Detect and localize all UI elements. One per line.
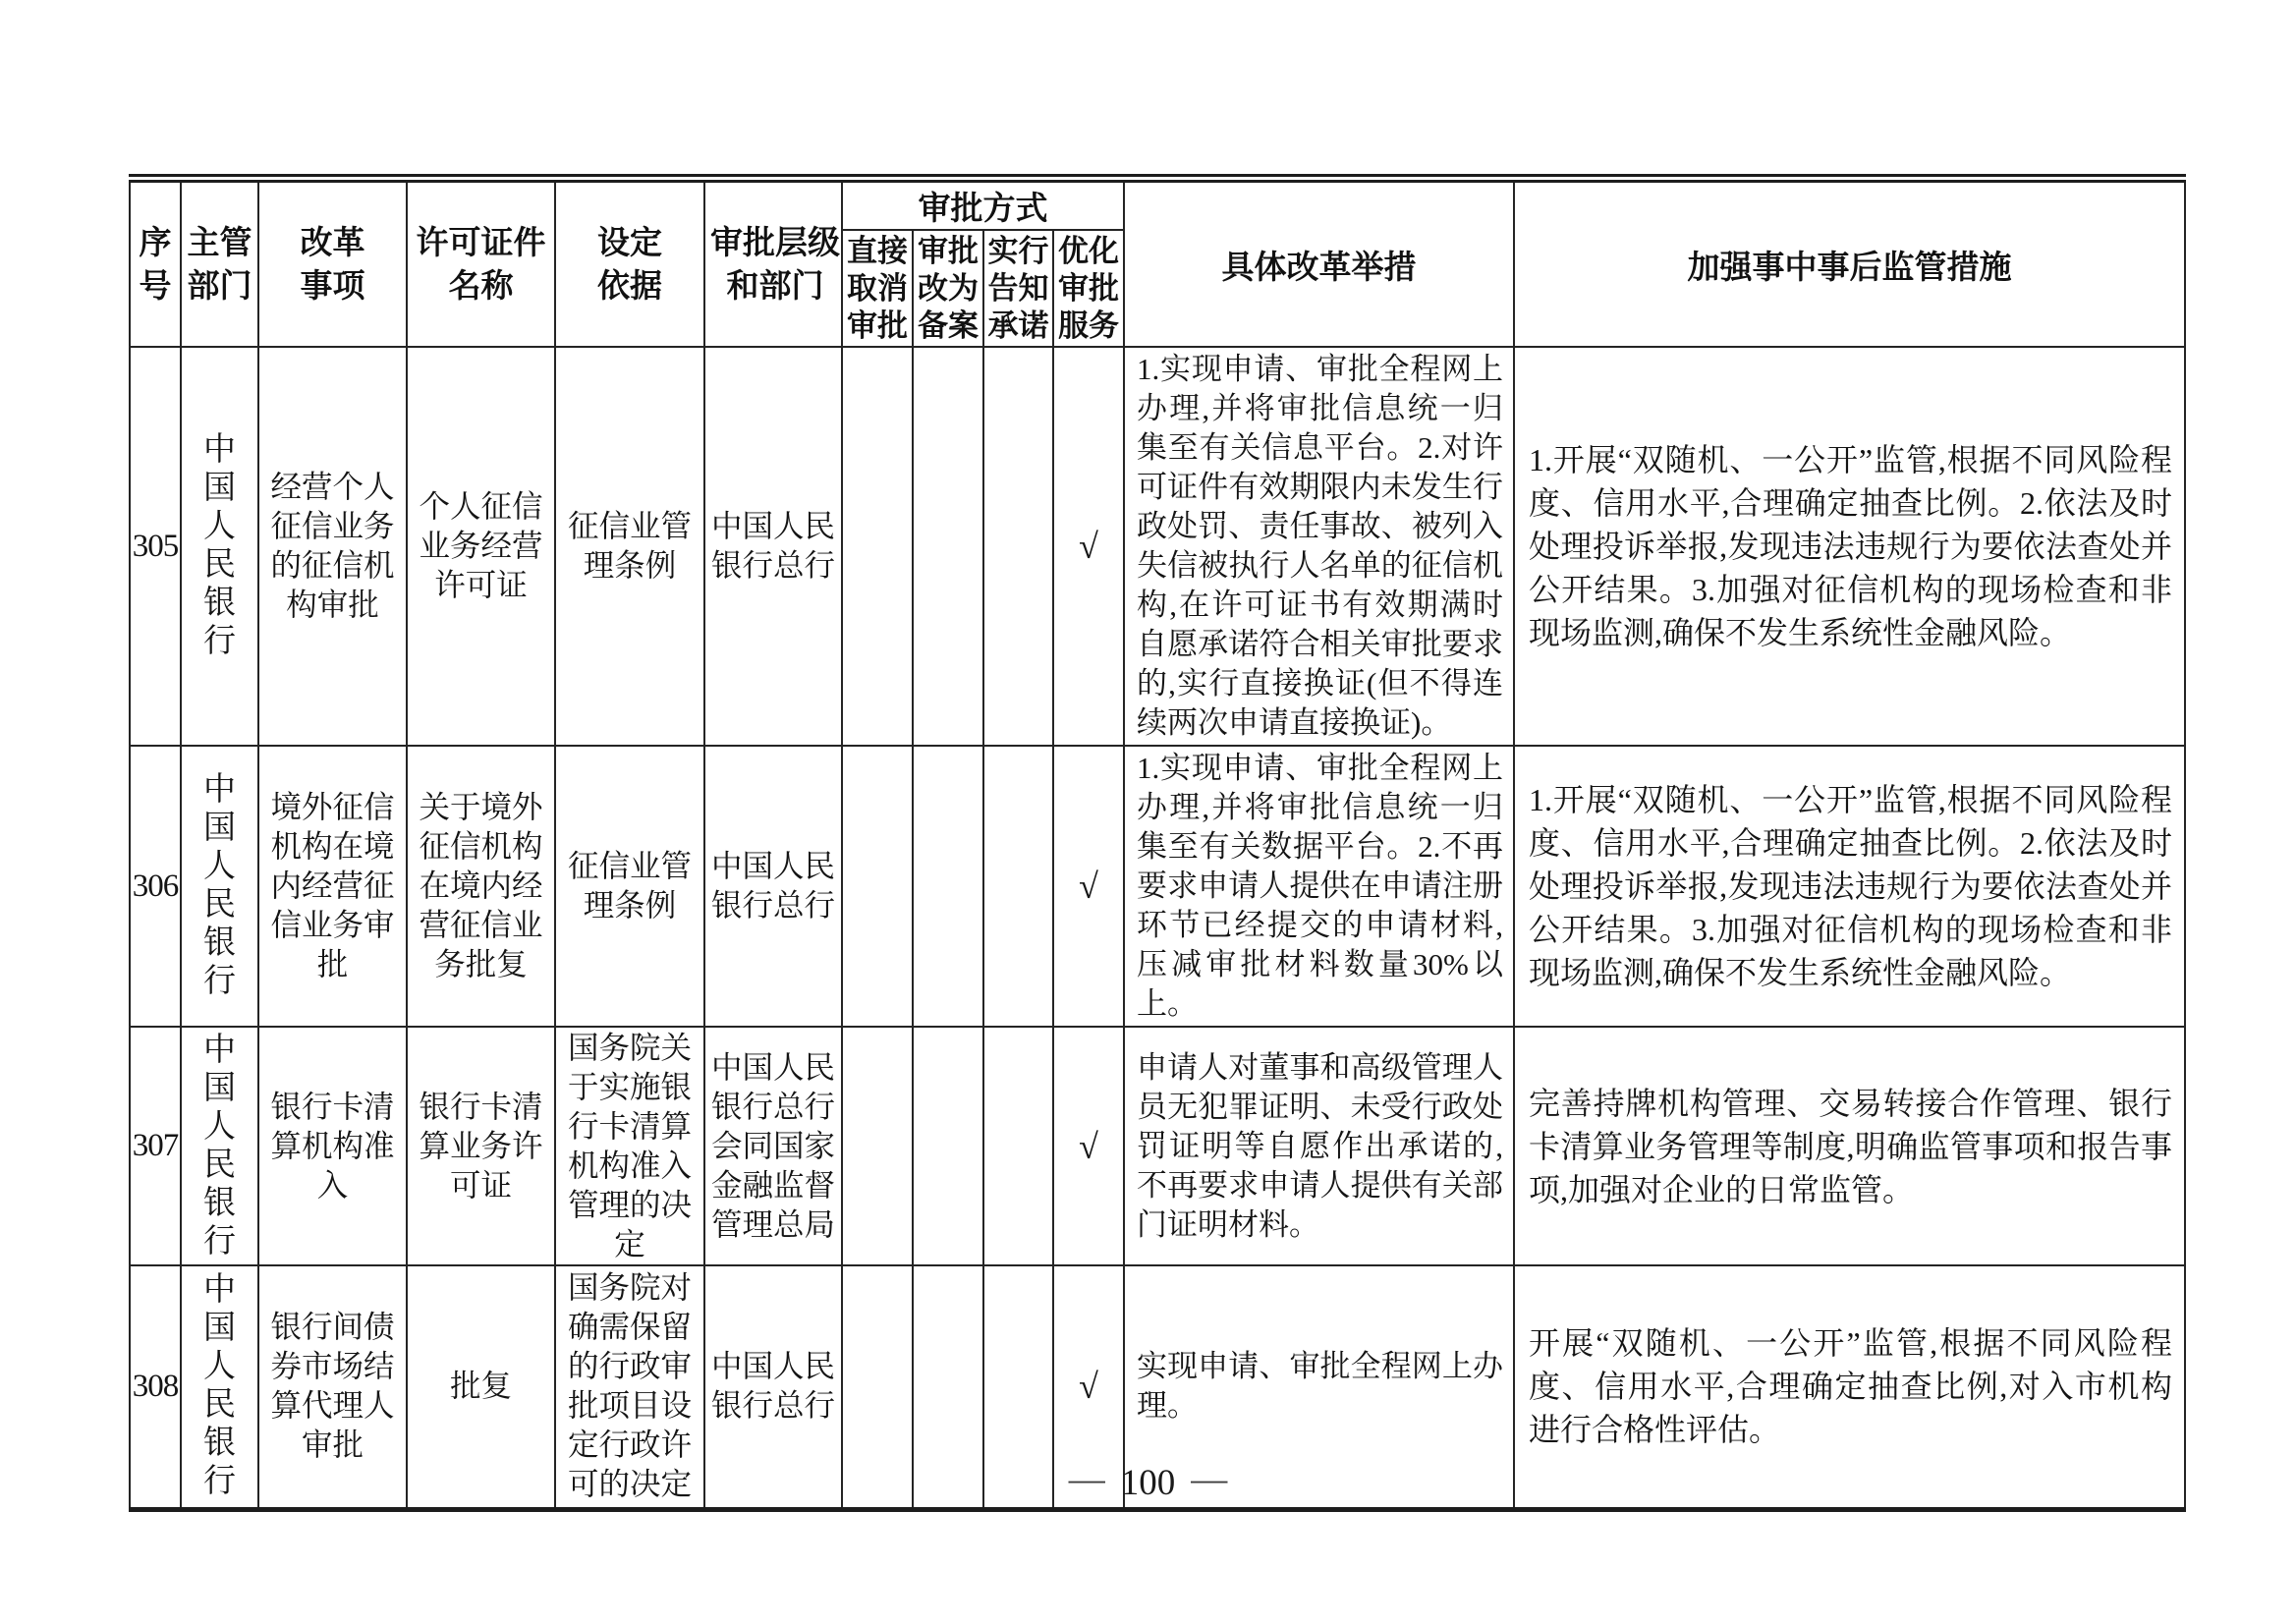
page-number: 100 xyxy=(1121,1463,1176,1503)
cell-basis: 国务院关于实施银行卡清算机构准入管理的决定 xyxy=(555,1027,704,1265)
col-header-method-cancel: 直接取消审批 xyxy=(842,230,913,347)
cell-supervision-measures: 完善持牌机构管理、交易转接合作管理、银行卡清算业务管理等制度,明确监管事项和报告… xyxy=(1514,1027,2185,1265)
cell-method-notify xyxy=(983,1027,1053,1265)
cell-seq: 306 xyxy=(130,746,181,1027)
col-header-supervision-measures: 加强事中事后监管措施 xyxy=(1514,179,2185,348)
document-page: 序号 主管部门 改革事项 许可证件名称 设定依据 审批层级和部门 审批方式 具体… xyxy=(0,0,2296,1624)
col-header-method-record: 审批改为备案 xyxy=(913,230,983,347)
cell-supervision-measures: 1.开展“双随机、一公开”监管,根据不同风险程度、信用水平,合理确定抽查比例。2… xyxy=(1514,746,2185,1027)
col-header-seq: 序号 xyxy=(130,179,181,348)
cell-seq: 307 xyxy=(130,1027,181,1265)
cell-method-optimize-checkmark: √ xyxy=(1053,746,1124,1027)
col-header-approval-method-group: 审批方式 xyxy=(842,179,1124,231)
col-header-dept: 主管部门 xyxy=(181,179,258,348)
col-header-license-name: 许可证件名称 xyxy=(407,179,555,348)
table-header: 序号 主管部门 改革事项 许可证件名称 设定依据 审批层级和部门 审批方式 具体… xyxy=(130,179,2185,348)
cell-basis: 征信业管理条例 xyxy=(555,347,704,746)
cell-license-name: 关于境外征信机构在境内经营征信业务批复 xyxy=(407,746,555,1027)
cell-license-name: 银行卡清算业务许可证 xyxy=(407,1027,555,1265)
cell-method-cancel xyxy=(842,746,913,1027)
cell-method-record xyxy=(913,746,983,1027)
cell-method-notify xyxy=(983,746,1053,1027)
col-header-method-notify: 实行告知承诺 xyxy=(983,230,1053,347)
footer-right-dash: — xyxy=(1191,1459,1227,1499)
cell-reform-item: 银行卡清算机构准入 xyxy=(258,1027,407,1265)
col-header-reform-measures: 具体改革举措 xyxy=(1124,179,1514,348)
cell-dept: 中国人民银行 xyxy=(181,1027,258,1265)
col-header-basis: 设定依据 xyxy=(555,179,704,348)
cell-method-cancel xyxy=(842,1027,913,1265)
cell-method-optimize-checkmark: √ xyxy=(1053,1027,1124,1265)
cell-approval-level: 中国人民银行总行会同国家金融监督管理总局 xyxy=(704,1027,842,1265)
cell-dept: 中国人民银行 xyxy=(181,746,258,1027)
footer-left-dash: — xyxy=(1069,1459,1105,1499)
cell-dept: 中国人民银行 xyxy=(181,347,258,746)
col-header-method-optimize: 优化审批服务 xyxy=(1053,230,1124,347)
table-row-305: 305 中国人民银行 经营个人征信业务的征信机构审批 个人征信业务经营许可证 征… xyxy=(130,347,2185,746)
approval-items-table: 序号 主管部门 改革事项 许可证件名称 设定依据 审批层级和部门 审批方式 具体… xyxy=(129,174,2186,1512)
cell-seq: 305 xyxy=(130,347,181,746)
cell-reform-measures: 1.实现申请、审批全程网上办理,并将审批信息统一归集至有关数据平台。2.不再要求… xyxy=(1124,746,1514,1027)
cell-reform-item: 经营个人征信业务的征信机构审批 xyxy=(258,347,407,746)
col-header-reform-item: 改革事项 xyxy=(258,179,407,348)
cell-supervision-measures: 1.开展“双随机、一公开”监管,根据不同风险程度、信用水平,合理确定抽查比例。2… xyxy=(1514,347,2185,746)
cell-method-record xyxy=(913,347,983,746)
cell-reform-measures: 申请人对董事和高级管理人员无犯罪证明、未受行政处罚证明等自愿作出承诺的,不再要求… xyxy=(1124,1027,1514,1265)
cell-approval-level: 中国人民银行总行 xyxy=(704,746,842,1027)
col-header-approval-level: 审批层级和部门 xyxy=(704,179,842,348)
cell-reform-measures: 1.实现申请、审批全程网上办理,并将审批信息统一归集至有关信息平台。2.对许可证… xyxy=(1124,347,1514,746)
cell-reform-item: 境外征信机构在境内经营征信业务审批 xyxy=(258,746,407,1027)
cell-method-notify xyxy=(983,347,1053,746)
table-row-306: 306 中国人民银行 境外征信机构在境内经营征信业务审批 关于境外征信机构在境内… xyxy=(130,746,2185,1027)
cell-approval-level: 中国人民银行总行 xyxy=(704,347,842,746)
cell-method-optimize-checkmark: √ xyxy=(1053,347,1124,746)
cell-method-record xyxy=(913,1027,983,1265)
cell-method-cancel xyxy=(842,347,913,746)
table-row-307: 307 中国人民银行 银行卡清算机构准入 银行卡清算业务许可证 国务院关于实施银… xyxy=(130,1027,2185,1265)
cell-license-name: 个人征信业务经营许可证 xyxy=(407,347,555,746)
cell-basis: 征信业管理条例 xyxy=(555,746,704,1027)
page-footer: —100— xyxy=(0,1462,2296,1504)
